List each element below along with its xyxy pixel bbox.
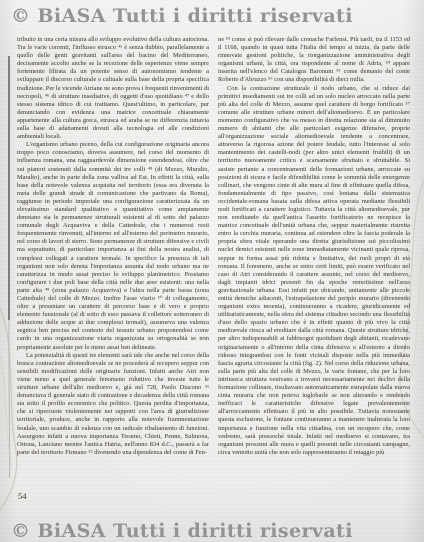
- paragraph: ne ⁵³ come si può rilevare dalle cronach…: [218, 36, 410, 85]
- copyright-watermark-top: © BiASA Tutti i diritti riservati: [11, 5, 353, 27]
- text-columns: tribuito in una certa misura allo svilup…: [17, 36, 410, 504]
- paragraph: La potenzialità di questi tre elementi s…: [17, 352, 209, 457]
- swirl-artifact-left: [0, 300, 17, 512]
- text-column-right: ne ⁵³ come si può rilevare dalle cronach…: [218, 36, 410, 504]
- text-column-left: tribuito in una certa misura allo svilup…: [17, 36, 209, 504]
- scanned-book-page: © BiASA Tutti i diritti riservati tribui…: [0, 0, 424, 542]
- swirl-artifact-left-2: [0, 340, 12, 466]
- page-number: 54: [18, 491, 27, 501]
- paragraph: Con la contrazione strutturale il nodo u…: [218, 85, 410, 457]
- paragraph: L'organismo urbano piceno, della cui con…: [17, 141, 209, 351]
- paragraph: tribuito in una certa misura allo svilup…: [17, 36, 209, 141]
- gutter-shadow-line-faint: [9, 320, 10, 478]
- swirl-artifact-right-2: [410, 230, 424, 380]
- copyright-watermark-bottom: © BiASA Tutti i diritti riservati: [11, 520, 353, 542]
